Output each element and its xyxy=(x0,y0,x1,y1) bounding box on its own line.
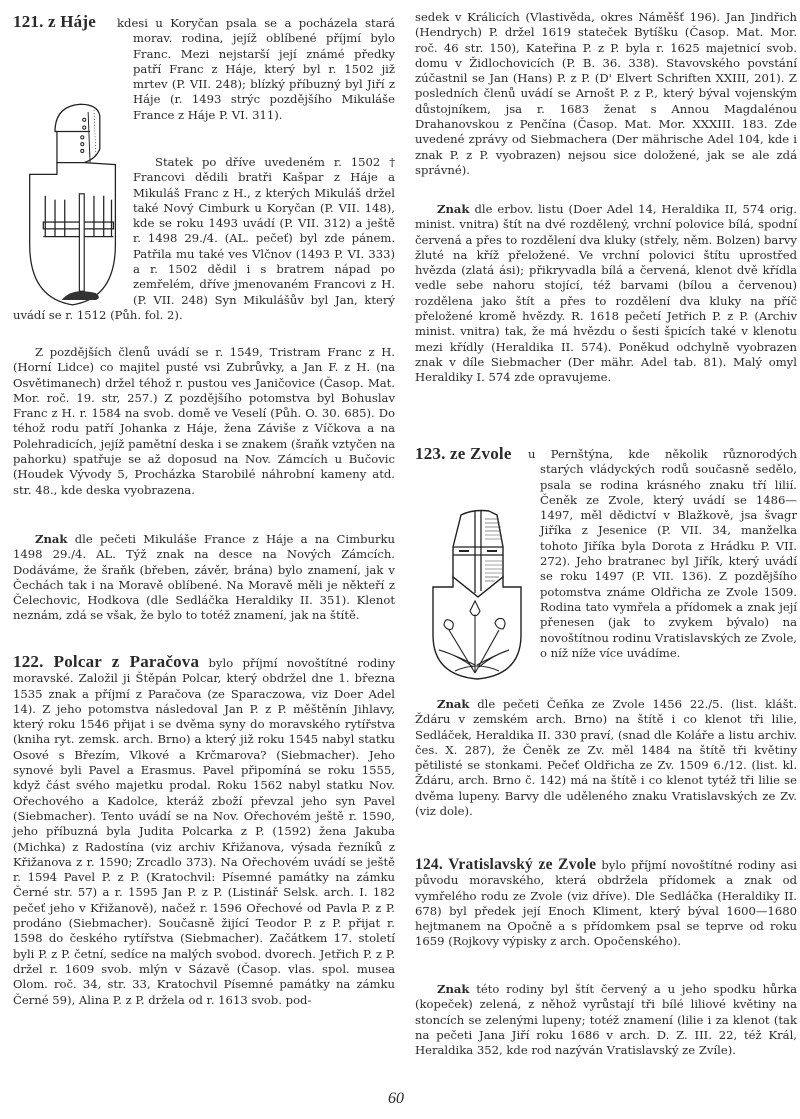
entry-124-znak-paragraph: Znak této rodiny byl štít červený a u je… xyxy=(415,982,797,1058)
entry-122-block-left: 122. Polcar z Paračova bylo příjmí novoš… xyxy=(13,654,395,1008)
znak-label: Znak xyxy=(437,202,469,216)
entry-122-intro-left: 122. Polcar z Paračova bylo příjmí novoš… xyxy=(13,654,395,1008)
entry-124-block: 124. Vratislavský ze Zvole bylo příjmí n… xyxy=(415,857,797,950)
entry-121-intro-text: kdesi u Koryčan psala se a pocházela sta… xyxy=(133,16,395,123)
entry-121-figure xyxy=(18,98,130,313)
page-number: 60 xyxy=(388,1090,404,1108)
entry-121-znak: Znak dle pečeti Mikuláše France z Háje a… xyxy=(13,532,395,624)
entry-122-text-left: bylo příjmí novoštítné rodiny moravské. … xyxy=(13,656,395,1007)
entry-121-para-2: Z pozdějších členů uvádí se r. 1549, Tri… xyxy=(13,345,395,498)
entry-122-znak: Znak dle erbov. listu (Doer Adel 14, Her… xyxy=(415,202,797,386)
entry-124-title: 124. Vratislavský ze Zvole xyxy=(415,856,596,873)
entry-122-text-right: sedek v Králicích (Vlastivěda, okres Nám… xyxy=(415,10,797,178)
entry-121-members-paragraph: Z pozdějších členů uvádí se r. 1549, Tri… xyxy=(13,345,395,498)
entry-122-title: 122. Polcar z Paračova xyxy=(13,652,199,671)
znak-label: Znak xyxy=(35,532,67,546)
entry-123-intro-block: u Pernštýna, kde několik různorodých sta… xyxy=(540,447,797,661)
entry-123-znak: Znak dle pečeti Čeňka ze Zvole 1456 22./… xyxy=(415,697,797,819)
entry-123-figure xyxy=(425,505,525,680)
entry-123-intro: u Pernštýna, kde několik různorodých sta… xyxy=(540,447,797,661)
entry-123-title: 123. ze Zvole xyxy=(415,444,512,463)
entry-122-block-right: sedek v Králicích (Vlastivěda, okres Nám… xyxy=(415,10,797,178)
znak-text: dle pečeti Mikuláše France z Háje a na C… xyxy=(13,532,395,622)
znak-text: dle erbov. listu (Doer Adel 14, Heraldik… xyxy=(415,202,797,384)
coat-of-arms-helmet-lilies-icon xyxy=(425,505,525,680)
entry-123-znak-paragraph: Znak dle pečeti Čeňka ze Zvole 1456 22./… xyxy=(415,697,797,819)
entry-121-title-label: 121. z Háje xyxy=(13,12,96,31)
entry-121-znak-paragraph: Znak dle pečeti Mikuláše France z Háje a… xyxy=(13,532,395,624)
znak-text: dle pečeti Čeňka ze Zvole 1456 22./5. (l… xyxy=(415,697,797,818)
znak-label: Znak xyxy=(437,982,469,996)
znak-text: této rodiny byl štít červený a u jeho sp… xyxy=(415,982,797,1057)
znak-label: Znak xyxy=(437,697,469,711)
entry-122-znak-paragraph: Znak dle erbov. listu (Doer Adel 14, Her… xyxy=(415,202,797,386)
entry-124-znak: Znak této rodiny byl štít červený a u je… xyxy=(415,982,797,1058)
entry-121-intro-block: kdesi u Koryčan psala se a pocházela sta… xyxy=(133,16,395,123)
coat-of-arms-helmet-barrier-icon xyxy=(18,98,130,313)
entry-124-intro: 124. Vratislavský ze Zvole bylo příjmí n… xyxy=(415,857,797,950)
